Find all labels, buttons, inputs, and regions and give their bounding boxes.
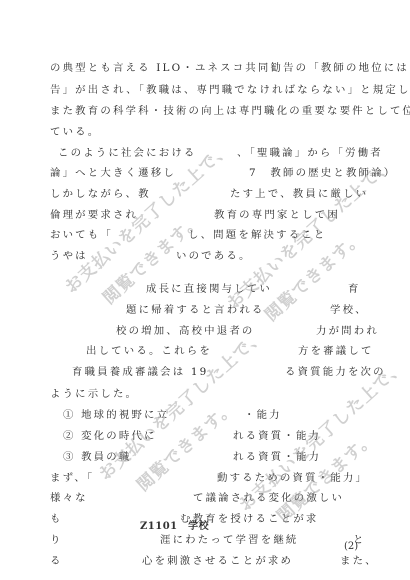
text-fragment: また、 (340, 555, 378, 568)
text-fragment: いのである。 (176, 250, 252, 263)
footer-course-code: Z1101 学校 (140, 517, 209, 532)
text-fragment: ・能力 (244, 409, 282, 422)
text-line: 告」が出され、「教職は、専門職でなければならない」と規定しおり、 (50, 84, 410, 97)
text-fragment: 心を刺激させることが求め (142, 555, 293, 568)
text-fragment: しかしながら、教 (50, 188, 151, 201)
page-number: (2) (344, 541, 358, 552)
document-page: の典型とも言える ILO・ユネスコ共同勧告の「教師の地位には関する勧告」が出され… (0, 0, 410, 580)
text-fragment: 涯にわたって学習を継続 (160, 534, 299, 547)
text-fragment: 育 (348, 283, 361, 296)
text-fragment: り (50, 534, 63, 547)
text-fragment: ように示した。 (50, 388, 138, 401)
text-fragment: も (50, 513, 63, 526)
text-line: また教育の科学科・技術の向上は専門職化の重要な要件として位置付け (50, 105, 410, 118)
text-fragment: 様々な (50, 492, 88, 505)
text-fragment: 学校、 (330, 304, 368, 317)
text-fragment: 出している。これらを (86, 345, 212, 358)
text-fragment: 、「聖職論」から「労働者 (237, 147, 383, 160)
text-fragment: 育職員養成審議会は 19 (72, 366, 208, 379)
text-fragment: 方を審議して (298, 345, 374, 358)
text-fragment: まず、「 (50, 472, 94, 485)
text-fragment: 力が問われ (316, 325, 379, 338)
text-fragment: このように社会における (58, 147, 197, 160)
text-fragment: 校の増加、高校中退者の (116, 325, 255, 338)
text-fragment: る (50, 555, 63, 568)
text-line: の典型とも言える ILO・ユネスコ共同勧告の「教師の地位には関する勧 (50, 62, 410, 75)
text-fragment: 論」へと大きく遷移し (50, 167, 176, 180)
text-line: ている。 (50, 126, 100, 139)
